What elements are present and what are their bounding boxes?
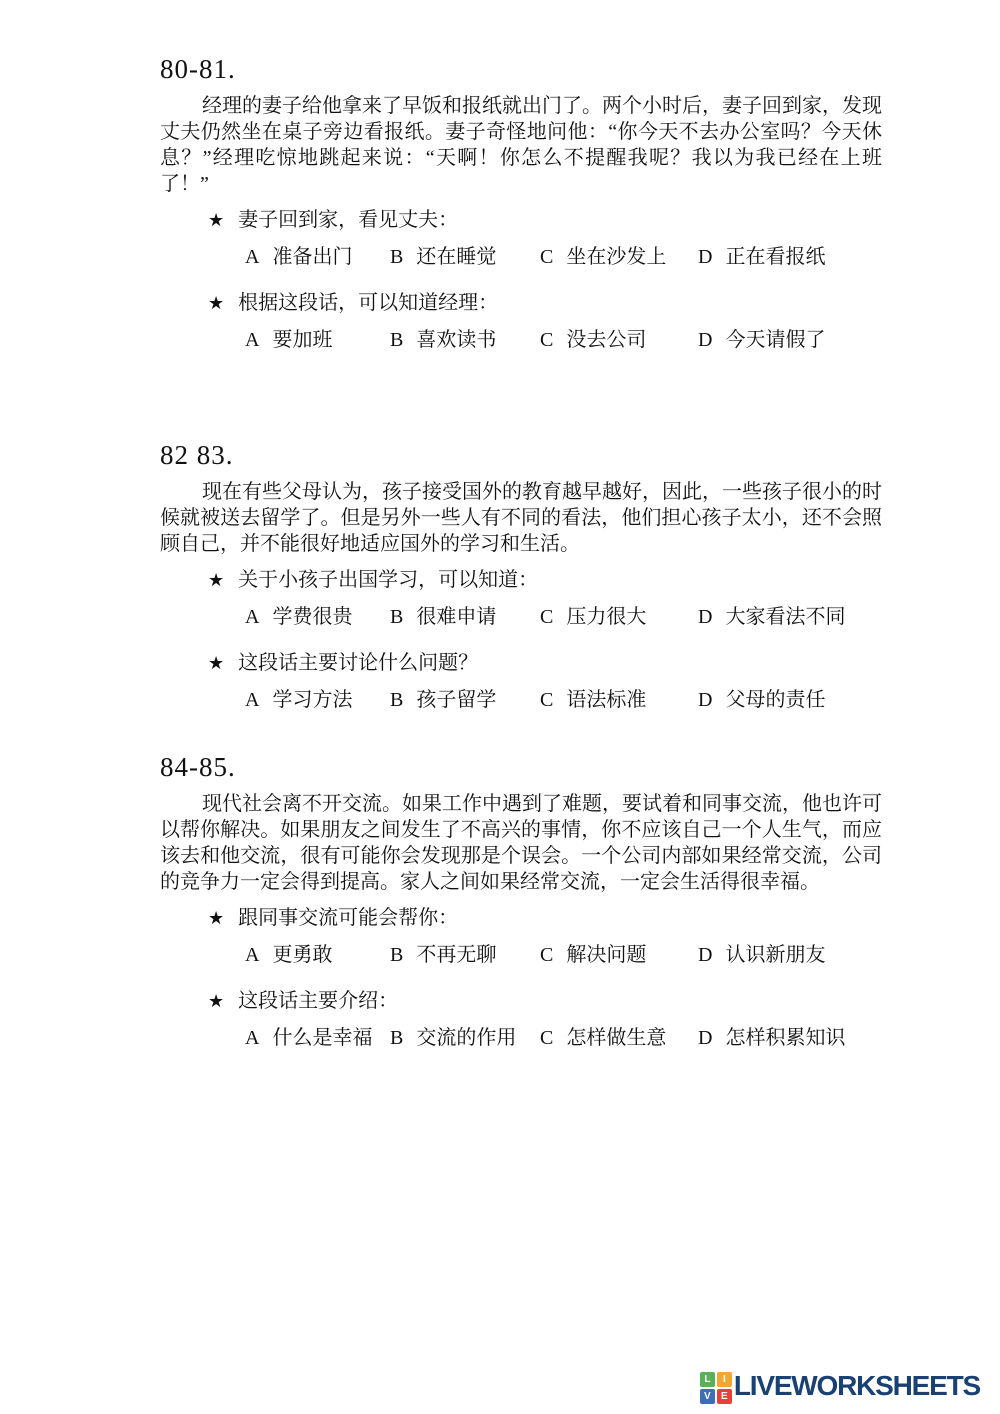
option-letter: D: [698, 329, 712, 351]
question: ★ 关于小孩子出国学习，可以知道：: [208, 569, 882, 591]
option-text: 父母的责任: [725, 689, 825, 711]
option-b[interactable]: B 孩子留学: [390, 689, 540, 711]
question: ★ 这段话主要介绍：: [208, 990, 882, 1012]
option-a[interactable]: A 什么是幸福: [245, 1027, 390, 1049]
option-a[interactable]: A 要加班: [245, 329, 390, 351]
question-prompt: 关于小孩子出国学习，可以知道：: [238, 569, 538, 591]
option-letter: C: [540, 606, 553, 628]
option-letter: A: [245, 689, 259, 711]
option-text: 怎样积累知识: [725, 1027, 845, 1049]
section-number: 84-85.: [160, 753, 882, 781]
option-text: 不再无聊: [416, 944, 496, 966]
options-row: A 准备出门 B 还在睡觉 C 坐在沙发上 D 正在看报纸: [160, 246, 882, 268]
question: ★ 这段话主要讨论什么问题？: [208, 652, 882, 674]
option-letter: D: [698, 689, 712, 711]
star-icon: ★: [208, 292, 224, 314]
option-letter: D: [698, 944, 712, 966]
question: ★ 跟同事交流可能会帮你：: [208, 907, 882, 929]
option-letter: A: [245, 944, 259, 966]
option-letter: C: [540, 1027, 553, 1049]
option-text: 认识新朋友: [725, 944, 825, 966]
option-a[interactable]: A 更勇敢: [245, 944, 390, 966]
option-letter: A: [245, 1027, 259, 1049]
passage-text: 经理的妻子给他拿来了早饭和报纸就出门了。两个小时后，妻子回到家，发现丈夫仍然坐在…: [160, 93, 882, 197]
passage-text: 现在有些父母认为，孩子接受国外的教育越早越好，因此，一些孩子很小的时候就被送去留…: [160, 479, 882, 557]
logo-tile-v: V: [700, 1389, 715, 1404]
options-row: A 更勇敢 B 不再无聊 C 解决问题 D 认识新朋友: [160, 944, 882, 966]
option-text: 更勇敢: [272, 944, 332, 966]
star-icon: ★: [208, 652, 224, 674]
option-text: 怎样做生意: [566, 1027, 666, 1049]
option-text: 准备出门: [272, 246, 352, 268]
question: ★ 妻子回到家，看见丈夫：: [208, 209, 882, 231]
option-text: 坐在沙发上: [566, 246, 666, 268]
option-d[interactable]: D 父母的责任: [698, 689, 825, 711]
option-text: 语法标准: [566, 689, 646, 711]
passage-text: 现代社会离不开交流。如果工作中遇到了难题，要试着和同事交流，他也许可以帮你解决。…: [160, 791, 882, 895]
option-text: 还在睡觉: [416, 246, 496, 268]
option-letter: C: [540, 246, 553, 268]
question-prompt: 这段话主要讨论什么问题？: [238, 652, 478, 674]
options-row: A 要加班 B 喜欢读书 C 没去公司 D 今天请假了: [160, 329, 882, 351]
option-letter: B: [390, 606, 403, 628]
logo-tile-l: L: [700, 1372, 715, 1387]
option-letter: A: [245, 606, 259, 628]
option-b[interactable]: B 交流的作用: [390, 1027, 540, 1049]
option-text: 学习方法: [272, 689, 352, 711]
option-d[interactable]: D 认识新朋友: [698, 944, 825, 966]
option-letter: A: [245, 246, 259, 268]
option-d[interactable]: D 大家看法不同: [698, 606, 845, 628]
option-a[interactable]: A 学习方法: [245, 689, 390, 711]
options-row: A 学费很贵 B 很难申请 C 压力很大 D 大家看法不同: [160, 606, 882, 628]
option-text: 正在看报纸: [725, 246, 825, 268]
option-letter: B: [390, 944, 403, 966]
option-b[interactable]: B 很难申请: [390, 606, 540, 628]
star-icon: ★: [208, 990, 224, 1012]
star-icon: ★: [208, 907, 224, 929]
options-row: A 学习方法 B 孩子留学 C 语法标准 D 父母的责任: [160, 689, 882, 711]
option-text: 很难申请: [416, 606, 496, 628]
option-text: 没去公司: [566, 329, 646, 351]
worksheet-page: 80-81. 经理的妻子给他拿来了早饭和报纸就出门了。两个小时后，妻子回到家，发…: [0, 0, 1000, 1414]
option-letter: B: [390, 689, 403, 711]
option-a[interactable]: A 准备出门: [245, 246, 390, 268]
option-letter: B: [390, 329, 403, 351]
option-c[interactable]: C 压力很大: [540, 606, 698, 628]
option-c[interactable]: C 没去公司: [540, 329, 698, 351]
section-80-81: 80-81. 经理的妻子给他拿来了早饭和报纸就出门了。两个小时后，妻子回到家，发…: [160, 55, 882, 351]
option-c[interactable]: C 解决问题: [540, 944, 698, 966]
option-b[interactable]: B 还在睡觉: [390, 246, 540, 268]
section-number: 82 83.: [160, 441, 882, 469]
star-icon: ★: [208, 209, 224, 231]
option-letter: D: [698, 1027, 712, 1049]
question-prompt: 根据这段话，可以知道经理：: [238, 292, 498, 314]
worksheet-content: 80-81. 经理的妻子给他拿来了早饭和报纸就出门了。两个小时后，妻子回到家，发…: [160, 55, 882, 1049]
liveworksheets-logo-icon: L I V E: [700, 1372, 732, 1404]
question: ★ 根据这段话，可以知道经理：: [208, 292, 882, 314]
option-letter: C: [540, 944, 553, 966]
option-d[interactable]: D 正在看报纸: [698, 246, 825, 268]
section-number: 80-81.: [160, 55, 882, 83]
option-b[interactable]: B 喜欢读书: [390, 329, 540, 351]
question-prompt: 妻子回到家，看见丈夫：: [238, 209, 458, 231]
option-c[interactable]: C 语法标准: [540, 689, 698, 711]
option-d[interactable]: D 今天请假了: [698, 329, 825, 351]
option-b[interactable]: B 不再无聊: [390, 944, 540, 966]
option-text: 喜欢读书: [416, 329, 496, 351]
option-text: 学费很贵: [272, 606, 352, 628]
question-prompt: 这段话主要介绍：: [238, 990, 398, 1012]
option-text: 大家看法不同: [725, 606, 845, 628]
liveworksheets-logo[interactable]: L I V E LIVEWORKSHEETS: [700, 1368, 980, 1404]
logo-tile-i: I: [717, 1372, 732, 1387]
option-letter: B: [390, 1027, 403, 1049]
option-text: 今天请假了: [725, 329, 825, 351]
option-text: 解决问题: [566, 944, 646, 966]
option-letter: A: [245, 329, 259, 351]
option-text: 孩子留学: [416, 689, 496, 711]
option-a[interactable]: A 学费很贵: [245, 606, 390, 628]
option-letter: D: [698, 606, 712, 628]
logo-tile-e: E: [717, 1389, 732, 1404]
section-84-85: 84-85. 现代社会离不开交流。如果工作中遇到了难题，要试着和同事交流，他也许…: [160, 753, 882, 1049]
option-c[interactable]: C 怎样做生意: [540, 1027, 698, 1049]
star-icon: ★: [208, 569, 224, 591]
option-d[interactable]: D 怎样积累知识: [698, 1027, 845, 1049]
option-text: 交流的作用: [416, 1027, 516, 1049]
options-row: A 什么是幸福 B 交流的作用 C 怎样做生意 D 怎样积累知识: [160, 1027, 882, 1049]
section-82-83: 82 83. 现在有些父母认为，孩子接受国外的教育越早越好，因此，一些孩子很小的…: [160, 441, 882, 711]
option-letter: C: [540, 689, 553, 711]
option-c[interactable]: C 坐在沙发上: [540, 246, 698, 268]
option-letter: C: [540, 329, 553, 351]
question-prompt: 跟同事交流可能会帮你：: [238, 907, 458, 929]
option-text: 压力很大: [566, 606, 646, 628]
option-letter: B: [390, 246, 403, 268]
liveworksheets-wordmark: LIVEWORKSHEETS: [734, 1372, 980, 1400]
option-text: 要加班: [272, 329, 332, 351]
option-letter: D: [698, 246, 712, 268]
option-text: 什么是幸福: [272, 1027, 372, 1049]
